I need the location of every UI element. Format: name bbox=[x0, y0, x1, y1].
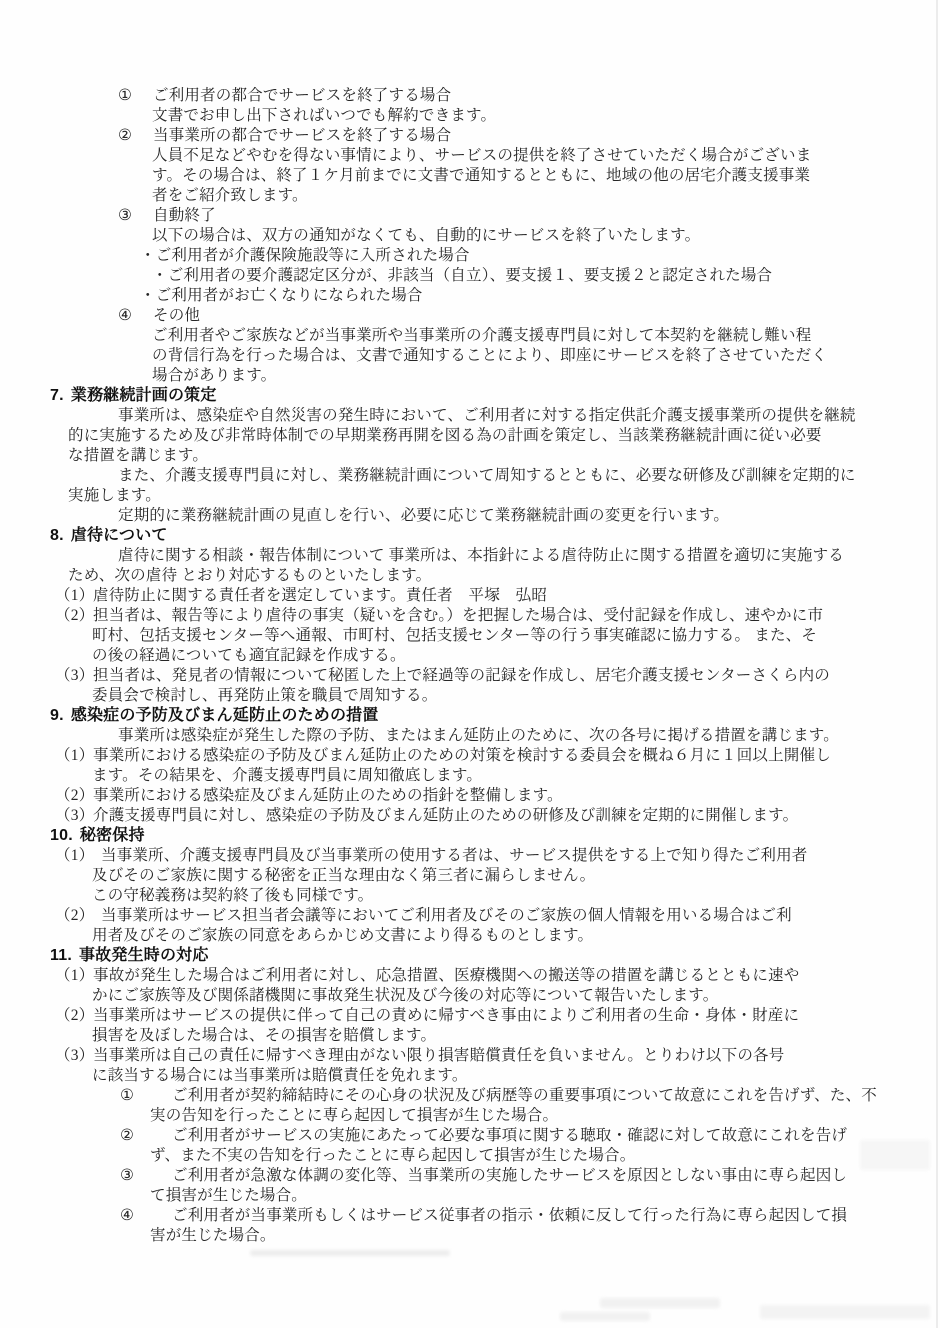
item-number: ① bbox=[118, 86, 153, 106]
doc-line: （2）当事業所はサービスの提供に伴って自己の責めに帰すべき事由によりご利用者の生… bbox=[0, 1006, 940, 1026]
doc-line: ・ご利用者が介護保険施設等に入所された場合 bbox=[0, 246, 940, 266]
item-number: ④ bbox=[120, 1206, 172, 1226]
line-text: 担当者は、発見者の情報について秘匿した上で経過等の記録を作成し、居宅介護支援セン… bbox=[93, 667, 830, 684]
doc-line: な措置を講じます。 bbox=[0, 446, 940, 466]
doc-line: 定期的に業務継続計画の見直しを行い、必要に応じて業務継続計画の変更を行います。 bbox=[0, 506, 940, 526]
doc-line: ・ご利用者がお亡くなりになられた場合 bbox=[0, 286, 940, 306]
line-text: その他 bbox=[153, 307, 200, 324]
doc-line: 場合があります。 bbox=[0, 366, 940, 386]
document-page: ①ご利用者の都合でサービスを終了する場合文書でお申し出下さればいつでも解約できま… bbox=[0, 86, 940, 1246]
doc-line: また、介護支援専門員に対し、業務継続計画について周知するとともに、必要な研修及び… bbox=[0, 466, 940, 486]
doc-line: ①ご利用者の都合でサービスを終了する場合 bbox=[0, 86, 940, 106]
line-text: 当事業所はサービス担当者会議等においてご利用者及びそのご家族の個人情報を用いる場… bbox=[101, 907, 792, 924]
line-text: 虐待について bbox=[71, 527, 168, 544]
line-text: ご利用者が契約締結時にその心身の状況及び病歴等の重要事項について故意にこれを告げ… bbox=[172, 1087, 877, 1104]
doc-line: 者をご紹介致します。 bbox=[0, 186, 940, 206]
scan-edge-line bbox=[936, 0, 938, 1328]
line-text: ご利用者の都合でサービスを終了する場合 bbox=[153, 87, 451, 104]
doc-line: ご利用者やご家族などが当事業所や当事業所の介護支援専門員に対して本契約を継続し難… bbox=[0, 326, 940, 346]
doc-line: （2）事業所における感染症及びまん延防止のための指針を整備します。 bbox=[0, 786, 940, 806]
doc-line: ①ご利用者が契約締結時にその心身の状況及び病歴等の重要事項について故意にこれを告… bbox=[0, 1086, 940, 1106]
doc-line: （1）事故が発生した場合はご利用者に対し、応急措置、医療機関への搬送等の措置を講… bbox=[0, 966, 940, 986]
doc-line: 実施します。 bbox=[0, 486, 940, 506]
line-text: 当事業所はサービスの提供に伴って自己の責めに帰すべき事由によりご利用者の生命・身… bbox=[93, 1007, 799, 1024]
item-number: ④ bbox=[118, 306, 153, 326]
doc-line: （2）担当者は、報告等により虐待の事実（疑いを含む。）を把握した場合は、受付記録… bbox=[0, 606, 940, 626]
line-text: ご利用者がサービスの実施にあたって必要な事項に関する聴取・確認に対して故意にこれ… bbox=[172, 1127, 847, 1144]
scan-artifact bbox=[860, 1140, 930, 1170]
section-heading: 10.秘密保持 bbox=[0, 826, 940, 846]
doc-line: 委員会で検討し、再発防止策を職員で周知する。 bbox=[0, 686, 940, 706]
doc-line: （1）事業所における感染症の予防及びまん延防止のための対策を検討する委員会を概ね… bbox=[0, 746, 940, 766]
doc-line: す。その場合は、終了１ケ月前までに文書で通知するとともに、地域の他の居宅介護支援… bbox=[0, 166, 940, 186]
doc-line: （2）当事業所はサービス担当者会議等においてご利用者及びそのご家族の個人情報を用… bbox=[0, 906, 940, 926]
doc-line: 的に実施するため及び非常時体制での早期業務再開を図る為の計画を策定し、当該業務継… bbox=[0, 426, 940, 446]
line-text: 担当者は、報告等により虐待の事実（疑いを含む。）を把握した場合は、受付記録を作成… bbox=[93, 607, 823, 624]
doc-line: 虐待に関する相談・報告体制について 事業所は、本指針による虐待防止に関する措置を… bbox=[0, 546, 940, 566]
item-number: （1） bbox=[55, 746, 93, 766]
doc-line: ・ご利用者の要介護認定区分が、非該当（自立）、要支援１、要支援２と認定された場合 bbox=[0, 266, 940, 286]
section-heading: 7.業務継続計画の策定 bbox=[0, 386, 940, 406]
line-text: 事業所における感染症及びまん延防止のための指針を整備します。 bbox=[93, 787, 563, 804]
doc-line: ③自動終了 bbox=[0, 206, 940, 226]
doc-line: 文書でお申し出下さればいつでも解約できます。 bbox=[0, 106, 940, 126]
line-text: 虐待防止に関する責任者を選定しています。責任者 平塚 弘昭 bbox=[93, 587, 547, 604]
section-number: 9. bbox=[50, 706, 64, 726]
line-text: 業務継続計画の策定 bbox=[71, 387, 217, 404]
item-number: （2） bbox=[55, 906, 101, 926]
doc-line: 用者及びそのご家族の同意をあらかじめ文書により得るものとします。 bbox=[0, 926, 940, 946]
scan-artifact bbox=[600, 1298, 720, 1308]
doc-line: 及びそのご家族に関する秘密を正当な理由なく第三者に漏らしません。 bbox=[0, 866, 940, 886]
item-number: ② bbox=[120, 1126, 172, 1146]
line-text: ご利用者が急激な体調の変化等、当事業所の実施したサービスを原因としない事由に専ら… bbox=[172, 1167, 847, 1184]
item-number: （1） bbox=[55, 966, 93, 986]
doc-line: ます。その結果を、介護支援専門員に周知徹底します。 bbox=[0, 766, 940, 786]
doc-line: ②当事業所の都合でサービスを終了する場合 bbox=[0, 126, 940, 146]
item-number: （1） bbox=[55, 586, 93, 606]
item-number: （3） bbox=[55, 666, 93, 686]
line-text: 自動終了 bbox=[153, 207, 216, 224]
scan-artifact bbox=[560, 1312, 650, 1321]
doc-line: 損害を及ぼした場合は、その損害を賠償します。 bbox=[0, 1026, 940, 1046]
section-heading: 11.事故発生時の対応 bbox=[0, 946, 940, 966]
item-number: （2） bbox=[55, 786, 93, 806]
line-text: 秘密保持 bbox=[80, 827, 145, 844]
doc-line: （3）介護支援専門員に対し、感染症の予防及びまん延防止のための研修及び訓練を定期… bbox=[0, 806, 940, 826]
line-text: 事業所における感染症の予防及びまん延防止のための対策を検討する委員会を概ね６月に… bbox=[93, 747, 831, 764]
section-number: 8. bbox=[50, 526, 64, 546]
section-number: 7. bbox=[50, 386, 64, 406]
doc-line: ②ご利用者がサービスの実施にあたって必要な事項に関する聴取・確認に対して故意にこ… bbox=[0, 1126, 940, 1146]
doc-line: ④その他 bbox=[0, 306, 940, 326]
section-heading: 9.感染症の予防及びまん延防止のための措置 bbox=[0, 706, 940, 726]
doc-line: ず、また不実の告知を行ったことに専ら起因して損害が生じた場合。 bbox=[0, 1146, 940, 1166]
doc-line: の背信行為を行った場合は、文書で通知することにより、即座にサービスを終了させてい… bbox=[0, 346, 940, 366]
section-number: 10. bbox=[50, 826, 73, 846]
doc-line: 実の告知を行ったことに専ら起因して損害が生じた場合。 bbox=[0, 1106, 940, 1126]
doc-line: この守秘義務は契約終了後も同様です。 bbox=[0, 886, 940, 906]
item-number: （1） bbox=[55, 846, 101, 866]
doc-line: に該当する場合には当事業所は賠償責任を免れます。 bbox=[0, 1066, 940, 1086]
item-number: （3） bbox=[55, 1046, 93, 1066]
line-text: ご利用者が当事業所もしくはサービス従事者の指示・依頼に反して行った行為に専ら起因… bbox=[172, 1207, 847, 1224]
section-heading: 8.虐待について bbox=[0, 526, 940, 546]
doc-line: （3）当事業所は自己の責任に帰すべき理由がない限り損害賠償責任を負いません。とり… bbox=[0, 1046, 940, 1066]
doc-line: ④ご利用者が当事業所もしくはサービス従事者の指示・依頼に反して行った行為に専ら起… bbox=[0, 1206, 940, 1226]
doc-line: ため、次の虐待 とおり対応するものといたします。 bbox=[0, 566, 940, 586]
line-text: 感染症の予防及びまん延防止のための措置 bbox=[71, 707, 379, 724]
doc-line: 事業所は感染症が発生した際の予防、またはまん延防止のために、次の各号に掲げる措置… bbox=[0, 726, 940, 746]
item-number: ① bbox=[120, 1086, 172, 1106]
doc-line: 人員不足などやむを得ない事情により、サービスの提供を終了させていただく場合がござ… bbox=[0, 146, 940, 166]
item-number: （3） bbox=[55, 806, 93, 826]
doc-line: 以下の場合は、双方の通知がなくても、自動的にサービスを終了いたします。 bbox=[0, 226, 940, 246]
line-text: 介護支援専門員に対し、感染症の予防及びまん延防止のための研修及び訓練を定期的に開… bbox=[93, 807, 798, 824]
doc-line: 町村、包括支援センター等へ通報、市町村、包括支援センター等の行う事実確認に協力す… bbox=[0, 626, 940, 646]
line-text: 事故が発生した場合はご利用者に対し、応急措置、医療機関への搬送等の措置を講じると… bbox=[93, 967, 800, 984]
doc-line: （1）当事業所、介護支援専門員及び当事業所の使用する者は、サービス提供をする上で… bbox=[0, 846, 940, 866]
item-number: ③ bbox=[118, 206, 153, 226]
scanned-contract-page: { "colors": { "text": "#262626", "headin… bbox=[0, 0, 940, 1328]
item-number: ② bbox=[118, 126, 153, 146]
item-number: （2） bbox=[55, 1006, 93, 1026]
scan-artifact bbox=[760, 1305, 930, 1319]
doc-line: （3）担当者は、発見者の情報について秘匿した上で経過等の記録を作成し、居宅介護支… bbox=[0, 666, 940, 686]
section-number: 11. bbox=[50, 946, 72, 966]
item-number: （2） bbox=[55, 606, 93, 626]
doc-line: て損害が生じた場合。 bbox=[0, 1186, 940, 1206]
scan-artifact bbox=[250, 1250, 450, 1256]
line-text: 当事業所は自己の責任に帰すべき理由がない限り損害賠償責任を負いません。とりわけ以… bbox=[93, 1047, 784, 1064]
item-number: ③ bbox=[120, 1166, 172, 1186]
doc-line: かにご家族等及び関係諸機関に事故発生状況及び今後の対応等について報告いたします。 bbox=[0, 986, 940, 1006]
doc-line: の後の経過についても適宜記録を作成する。 bbox=[0, 646, 940, 666]
line-text: 当事業所の都合でサービスを終了する場合 bbox=[153, 127, 451, 144]
line-text: 事故発生時の対応 bbox=[79, 947, 209, 964]
line-text: 当事業所、介護支援専門員及び当事業所の使用する者は、サービス提供をする上で知り得… bbox=[101, 847, 808, 864]
doc-line: （1）虐待防止に関する責任者を選定しています。責任者 平塚 弘昭 bbox=[0, 586, 940, 606]
doc-line: 害が生じた場合。 bbox=[0, 1226, 940, 1246]
doc-line: ③ご利用者が急激な体調の変化等、当事業所の実施したサービスを原因としない事由に専… bbox=[0, 1166, 940, 1186]
doc-line: 事業所は、感染症や自然災害の発生時において、ご利用者に対する指定供託介護支援事業… bbox=[0, 406, 940, 426]
